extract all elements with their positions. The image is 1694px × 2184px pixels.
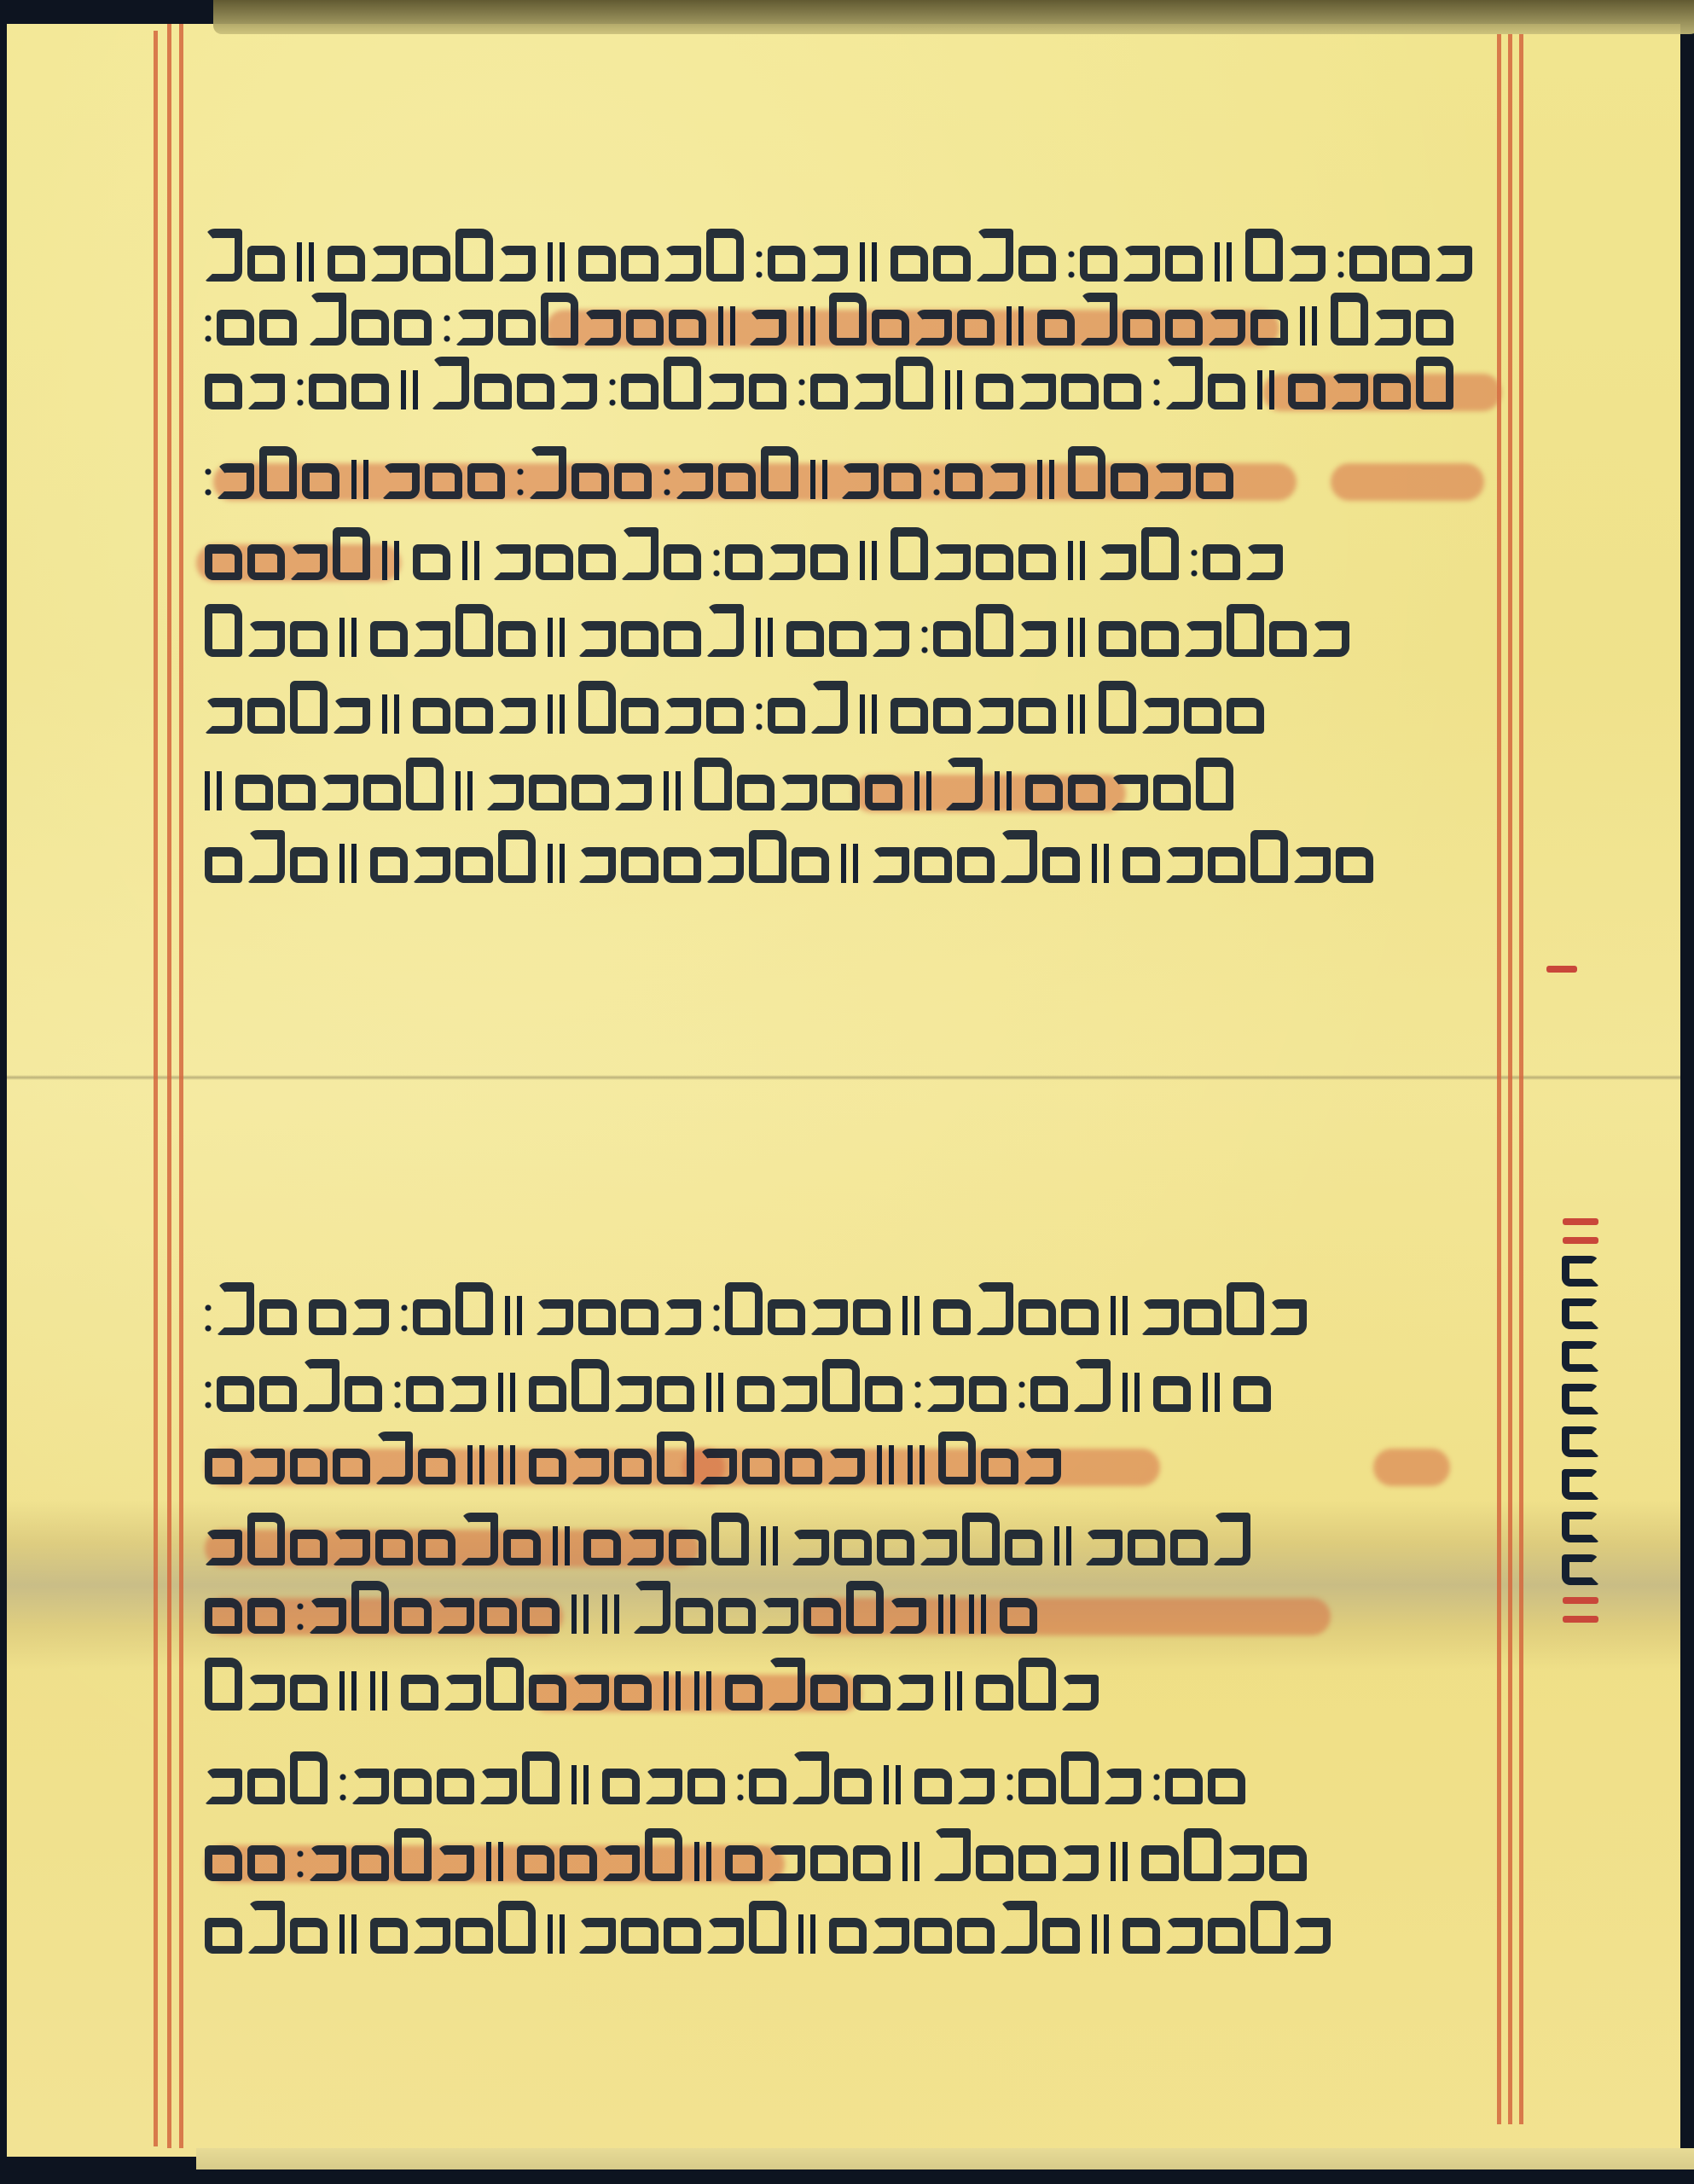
- script-glyph: [785, 1449, 822, 1484]
- script-glyph: [853, 374, 891, 409]
- script-glyph: [235, 775, 273, 810]
- script-glyph: [413, 1299, 450, 1335]
- marginal-glyph: [1562, 1298, 1599, 1329]
- script-glyph: [1123, 1918, 1160, 1954]
- script-glyph: [333, 527, 370, 580]
- double-danda: [860, 242, 879, 282]
- text-line: [205, 1497, 1262, 1565]
- script-glyph: [1153, 775, 1191, 810]
- script-glyph: [664, 246, 701, 282]
- script-glyph: [891, 527, 928, 580]
- double-danda: [382, 694, 401, 734]
- visarga-mark: [1153, 375, 1160, 409]
- script-glyph: [976, 374, 1013, 409]
- word-group: [1068, 446, 1233, 499]
- script-glyph: [957, 1918, 995, 1954]
- script-glyph: [749, 310, 786, 346]
- word-group: [829, 293, 995, 346]
- double-danda: [339, 1914, 358, 1954]
- script-glyph: [1018, 374, 1056, 409]
- word-group: [933, 1282, 1099, 1335]
- script-glyph: [664, 621, 701, 657]
- script-glyph: [829, 621, 867, 657]
- word-group: [829, 1901, 1080, 1954]
- double-danda: [945, 370, 964, 409]
- script-glyph: [706, 229, 744, 282]
- script-glyph: [351, 1845, 389, 1881]
- script-glyph: [498, 830, 536, 883]
- script-glyph: [718, 1598, 756, 1634]
- script-glyph: [957, 847, 995, 883]
- script-glyph: [676, 463, 713, 499]
- script-glyph: [780, 1376, 817, 1412]
- word-group: [205, 1845, 285, 1881]
- script-glyph: [309, 374, 346, 409]
- script-glyph: [1141, 1845, 1179, 1881]
- script-glyph: [914, 1918, 952, 1954]
- double-danda: [548, 242, 566, 282]
- word-group: [602, 1769, 725, 1804]
- script-glyph: [827, 1449, 865, 1484]
- double-danda: [860, 694, 879, 734]
- double-danda: [945, 1671, 964, 1711]
- script-glyph: [768, 698, 805, 734]
- script-glyph: [891, 698, 928, 734]
- script-glyph: [664, 847, 701, 883]
- word-group: [578, 681, 744, 734]
- script-glyph: [664, 698, 701, 734]
- script-glyph: [737, 775, 774, 810]
- script-glyph: [394, 1598, 432, 1634]
- script-glyph: [706, 1918, 744, 1954]
- double-danda: [1068, 694, 1087, 734]
- script-glyph: [687, 1769, 725, 1804]
- script-glyph: [865, 1376, 902, 1412]
- script-glyph: [529, 1675, 566, 1711]
- script-glyph: [810, 1675, 848, 1711]
- script-glyph: [749, 374, 786, 409]
- script-glyph: [810, 246, 848, 282]
- script-glyph: [914, 847, 952, 883]
- word-group: [205, 604, 328, 657]
- visarga-mark: [1007, 1770, 1013, 1804]
- script-glyph: [981, 1449, 1018, 1484]
- script-glyph: [1213, 1513, 1250, 1565]
- double-danda: [761, 1526, 780, 1565]
- script-glyph: [583, 310, 621, 346]
- left-margin-rule-2: [167, 24, 171, 2148]
- script-glyph: [247, 621, 285, 657]
- word-group: [1203, 544, 1283, 580]
- script-glyph: [1165, 1769, 1203, 1804]
- script-glyph: [725, 1282, 763, 1335]
- word-group: [891, 527, 1056, 580]
- word-group: [768, 681, 848, 734]
- script-glyph: [853, 1845, 891, 1881]
- script-glyph: [1196, 758, 1233, 810]
- double-danda: [553, 1526, 571, 1565]
- double-danda: [467, 1445, 486, 1484]
- script-glyph: [498, 246, 536, 282]
- script-glyph: [455, 1918, 493, 1954]
- script-glyph: [822, 1359, 860, 1412]
- word-group: [309, 374, 389, 409]
- double-danda: [455, 771, 474, 810]
- marginal-glyph: [1562, 1512, 1599, 1542]
- word-group: [205, 374, 285, 409]
- script-glyph: [988, 463, 1025, 499]
- script-glyph: [1080, 246, 1117, 282]
- script-glyph: [517, 374, 554, 409]
- script-glyph: [1293, 847, 1331, 883]
- script-glyph: [810, 681, 848, 734]
- script-glyph: [768, 1299, 805, 1335]
- double-danda: [798, 306, 817, 346]
- word-group: [1080, 246, 1203, 282]
- double-danda: [297, 242, 316, 282]
- double-danda: [571, 1765, 590, 1804]
- script-glyph: [247, 1675, 285, 1711]
- script-glyph: [657, 1376, 694, 1412]
- script-glyph: [1141, 621, 1179, 657]
- word-group: [725, 1282, 891, 1335]
- word-group: [1123, 1901, 1331, 1954]
- visarga-mark: [921, 623, 928, 657]
- script-glyph: [394, 1769, 432, 1804]
- script-glyph: [926, 1376, 964, 1412]
- script-glyph: [479, 1769, 517, 1804]
- script-glyph: [1349, 246, 1387, 282]
- script-glyph: [1331, 293, 1368, 346]
- word-group: [205, 681, 370, 734]
- script-glyph: [626, 1530, 664, 1565]
- script-glyph: [1018, 1658, 1056, 1711]
- script-glyph: [205, 604, 242, 657]
- script-glyph: [602, 1769, 640, 1804]
- script-glyph: [676, 1598, 713, 1634]
- script-glyph: [1042, 847, 1080, 883]
- script-glyph: [474, 374, 512, 409]
- top-paper-edge: [213, 0, 1694, 34]
- script-glyph: [375, 1530, 413, 1565]
- script-glyph: [664, 544, 701, 580]
- visarga-mark: [297, 1847, 304, 1881]
- script-glyph: [976, 1282, 1013, 1335]
- script-glyph: [467, 463, 505, 499]
- word-group: [725, 1658, 933, 1711]
- script-glyph: [1416, 357, 1453, 409]
- script-glyph: [290, 847, 328, 883]
- word-group: [1099, 681, 1264, 734]
- script-glyph: [413, 246, 450, 282]
- script-glyph: [370, 847, 408, 883]
- word-group: [976, 1658, 1099, 1711]
- script-glyph: [247, 1769, 285, 1804]
- double-danda: [1123, 1373, 1141, 1412]
- word-group: [351, 1751, 560, 1804]
- double-danda: [938, 1594, 957, 1634]
- double-danda: [1203, 1373, 1221, 1412]
- visarga-mark: [394, 1378, 401, 1412]
- script-glyph: [865, 775, 902, 810]
- script-glyph: [768, 544, 805, 580]
- script-glyph: [1042, 1918, 1080, 1954]
- visarga-mark: [401, 1301, 408, 1335]
- script-glyph: [602, 1845, 640, 1881]
- word-group: [205, 1432, 455, 1484]
- word-group: [749, 1751, 872, 1804]
- word-group: [205, 1751, 328, 1804]
- double-danda: [718, 306, 737, 346]
- script-glyph: [217, 463, 254, 499]
- script-glyph: [370, 621, 408, 657]
- script-glyph: [1123, 847, 1160, 883]
- script-glyph: [664, 1299, 701, 1335]
- script-glyph: [290, 1918, 328, 1954]
- word-group: [1141, 1828, 1307, 1881]
- visarga-mark: [205, 465, 212, 499]
- word-group: [432, 357, 597, 409]
- double-danda: [505, 1296, 524, 1335]
- word-group: [891, 698, 1056, 734]
- script-glyph: [455, 1282, 493, 1335]
- word-group: [676, 446, 798, 499]
- script-glyph: [278, 775, 316, 810]
- script-glyph: [621, 246, 658, 282]
- script-glyph: [669, 310, 706, 346]
- word-group: [976, 374, 1141, 409]
- script-glyph: [945, 758, 983, 810]
- script-glyph: [621, 527, 658, 580]
- script-glyph: [1030, 1376, 1068, 1412]
- script-glyph: [571, 1675, 609, 1711]
- script-glyph: [1288, 246, 1326, 282]
- script-glyph: [205, 847, 242, 883]
- text-line: [205, 1736, 1257, 1804]
- script-glyph: [247, 1449, 285, 1484]
- script-glyph: [664, 357, 701, 409]
- script-glyph: [1018, 698, 1056, 734]
- script-glyph: [694, 758, 732, 810]
- right-margin-rule-1: [1497, 34, 1501, 2124]
- script-glyph: [706, 604, 744, 657]
- double-danda: [339, 618, 358, 657]
- script-glyph: [957, 310, 995, 346]
- word-group: [370, 830, 536, 883]
- script-glyph: [1085, 1530, 1123, 1565]
- script-glyph: [872, 310, 909, 346]
- script-glyph: [413, 698, 450, 734]
- script-glyph: [321, 775, 358, 810]
- script-glyph: [290, 621, 328, 657]
- script-glyph: [578, 246, 616, 282]
- script-glyph: [247, 544, 285, 580]
- script-glyph: [768, 1658, 805, 1711]
- script-glyph: [945, 463, 983, 499]
- script-glyph: [205, 1918, 242, 1954]
- script-glyph: [351, 310, 389, 346]
- word-group: [578, 1901, 786, 1954]
- script-glyph: [498, 621, 536, 657]
- script-glyph: [571, 463, 609, 499]
- script-glyph: [1141, 698, 1179, 734]
- script-glyph: [578, 847, 616, 883]
- script-glyph: [578, 1299, 616, 1335]
- visarga-mark: [914, 1378, 921, 1412]
- visarga-mark: [713, 546, 720, 580]
- script-glyph: [1208, 374, 1245, 409]
- script-glyph: [247, 830, 285, 883]
- word-group: [217, 1359, 382, 1412]
- marginal-bottom-mark: [1563, 1597, 1598, 1604]
- script-glyph: [896, 357, 933, 409]
- script-glyph: [1227, 698, 1264, 734]
- script-glyph: [829, 293, 867, 346]
- script-glyph: [1184, 1299, 1221, 1335]
- script-glyph: [1073, 1359, 1111, 1412]
- double-danda: [401, 370, 420, 409]
- script-glyph: [1153, 1376, 1191, 1412]
- word-group: [1153, 1376, 1191, 1412]
- script-glyph: [370, 246, 408, 282]
- script-glyph: [529, 1376, 566, 1412]
- double-danda: [995, 771, 1013, 810]
- script-glyph: [664, 1918, 701, 1954]
- word-group: [1085, 1513, 1250, 1565]
- double-danda: [664, 771, 682, 810]
- script-glyph: [455, 229, 493, 282]
- script-glyph: [437, 1845, 474, 1881]
- script-glyph: [725, 1845, 763, 1881]
- script-glyph: [1245, 229, 1283, 282]
- double-danda: [1111, 1842, 1129, 1881]
- script-glyph: [345, 1376, 382, 1412]
- script-glyph: [1165, 1918, 1203, 1954]
- script-glyph: [432, 357, 469, 409]
- script-glyph: [486, 1658, 524, 1711]
- script-glyph: [614, 463, 652, 499]
- script-glyph: [205, 1598, 242, 1634]
- script-glyph: [1061, 1751, 1099, 1804]
- script-glyph: [976, 604, 1013, 657]
- script-glyph: [1208, 310, 1245, 346]
- visarga-mark: [205, 1301, 212, 1335]
- word-group: [1141, 1282, 1307, 1335]
- script-glyph: [1061, 1299, 1099, 1335]
- text-line: [205, 665, 1276, 734]
- word-group: [933, 1828, 1099, 1881]
- script-glyph: [626, 310, 664, 346]
- script-glyph: [522, 1751, 560, 1804]
- script-glyph: [749, 1901, 786, 1954]
- script-glyph: [1373, 374, 1411, 409]
- text-line: [205, 742, 1245, 810]
- script-glyph: [413, 847, 450, 883]
- text-line: [205, 1344, 1283, 1412]
- script-glyph: [1269, 1845, 1307, 1881]
- visarga-mark: [798, 375, 805, 409]
- script-glyph: [571, 1359, 609, 1412]
- script-glyph: [872, 1918, 909, 1954]
- word-group: [841, 463, 921, 499]
- word-group: [455, 293, 706, 346]
- script-glyph: [933, 698, 971, 734]
- script-glyph: [669, 1530, 706, 1565]
- text-line: [205, 341, 1465, 409]
- rubric-highlight: [1331, 463, 1484, 501]
- script-glyph: [1435, 246, 1472, 282]
- word-group: [737, 1359, 902, 1412]
- script-glyph: [621, 847, 658, 883]
- script-glyph: [1250, 830, 1288, 883]
- word-group: [205, 1513, 541, 1565]
- script-glyph: [1227, 1845, 1264, 1881]
- script-glyph: [920, 1530, 957, 1565]
- script-glyph: [706, 847, 744, 883]
- script-glyph: [351, 1581, 389, 1634]
- visarga-mark: [1337, 247, 1344, 282]
- script-glyph: [1293, 1918, 1331, 1954]
- word-group: [578, 830, 829, 883]
- script-glyph: [1165, 310, 1203, 346]
- script-glyph: [1037, 310, 1075, 346]
- script-glyph: [333, 1530, 370, 1565]
- script-glyph: [578, 1918, 616, 1954]
- script-glyph: [699, 1449, 737, 1484]
- script-glyph: [425, 463, 462, 499]
- word-group: [205, 1658, 328, 1711]
- script-glyph: [1025, 775, 1063, 810]
- script-glyph: [933, 621, 971, 657]
- visarga-mark: [713, 1301, 720, 1335]
- script-glyph: [259, 310, 297, 346]
- script-glyph: [290, 1675, 328, 1711]
- script-glyph: [706, 698, 744, 734]
- script-glyph: [1208, 847, 1245, 883]
- marginal-red-mark: [1546, 966, 1577, 973]
- word-group: [328, 229, 536, 282]
- script-glyph: [810, 1845, 848, 1881]
- word-group: [1030, 1359, 1111, 1412]
- double-danda: [548, 1914, 566, 1954]
- script-glyph: [290, 1449, 328, 1484]
- word-group: [205, 229, 285, 282]
- visarga-mark: [1191, 546, 1198, 580]
- word-group: [413, 698, 536, 734]
- script-glyph: [363, 775, 401, 810]
- script-glyph: [737, 1376, 774, 1412]
- script-glyph: [247, 374, 285, 409]
- manuscript-page: [7, 24, 1680, 2157]
- word-group: [529, 1432, 865, 1484]
- script-glyph: [1336, 847, 1373, 883]
- word-group: [1025, 758, 1233, 810]
- marginal-glyphs: [1562, 1256, 1599, 1585]
- script-glyph: [406, 1376, 444, 1412]
- script-glyph: [846, 1581, 884, 1634]
- double-danda: [498, 1373, 517, 1412]
- word-group: [945, 758, 983, 810]
- double-danda: [548, 844, 566, 883]
- visarga-mark: [1018, 1378, 1025, 1412]
- script-glyph: [247, 1901, 285, 1954]
- script-glyph: [1141, 527, 1179, 580]
- double-danda: [1257, 370, 1276, 409]
- script-glyph: [1184, 1828, 1221, 1881]
- script-glyph: [560, 374, 597, 409]
- text-line: [205, 1267, 1319, 1335]
- script-glyph: [1153, 463, 1191, 499]
